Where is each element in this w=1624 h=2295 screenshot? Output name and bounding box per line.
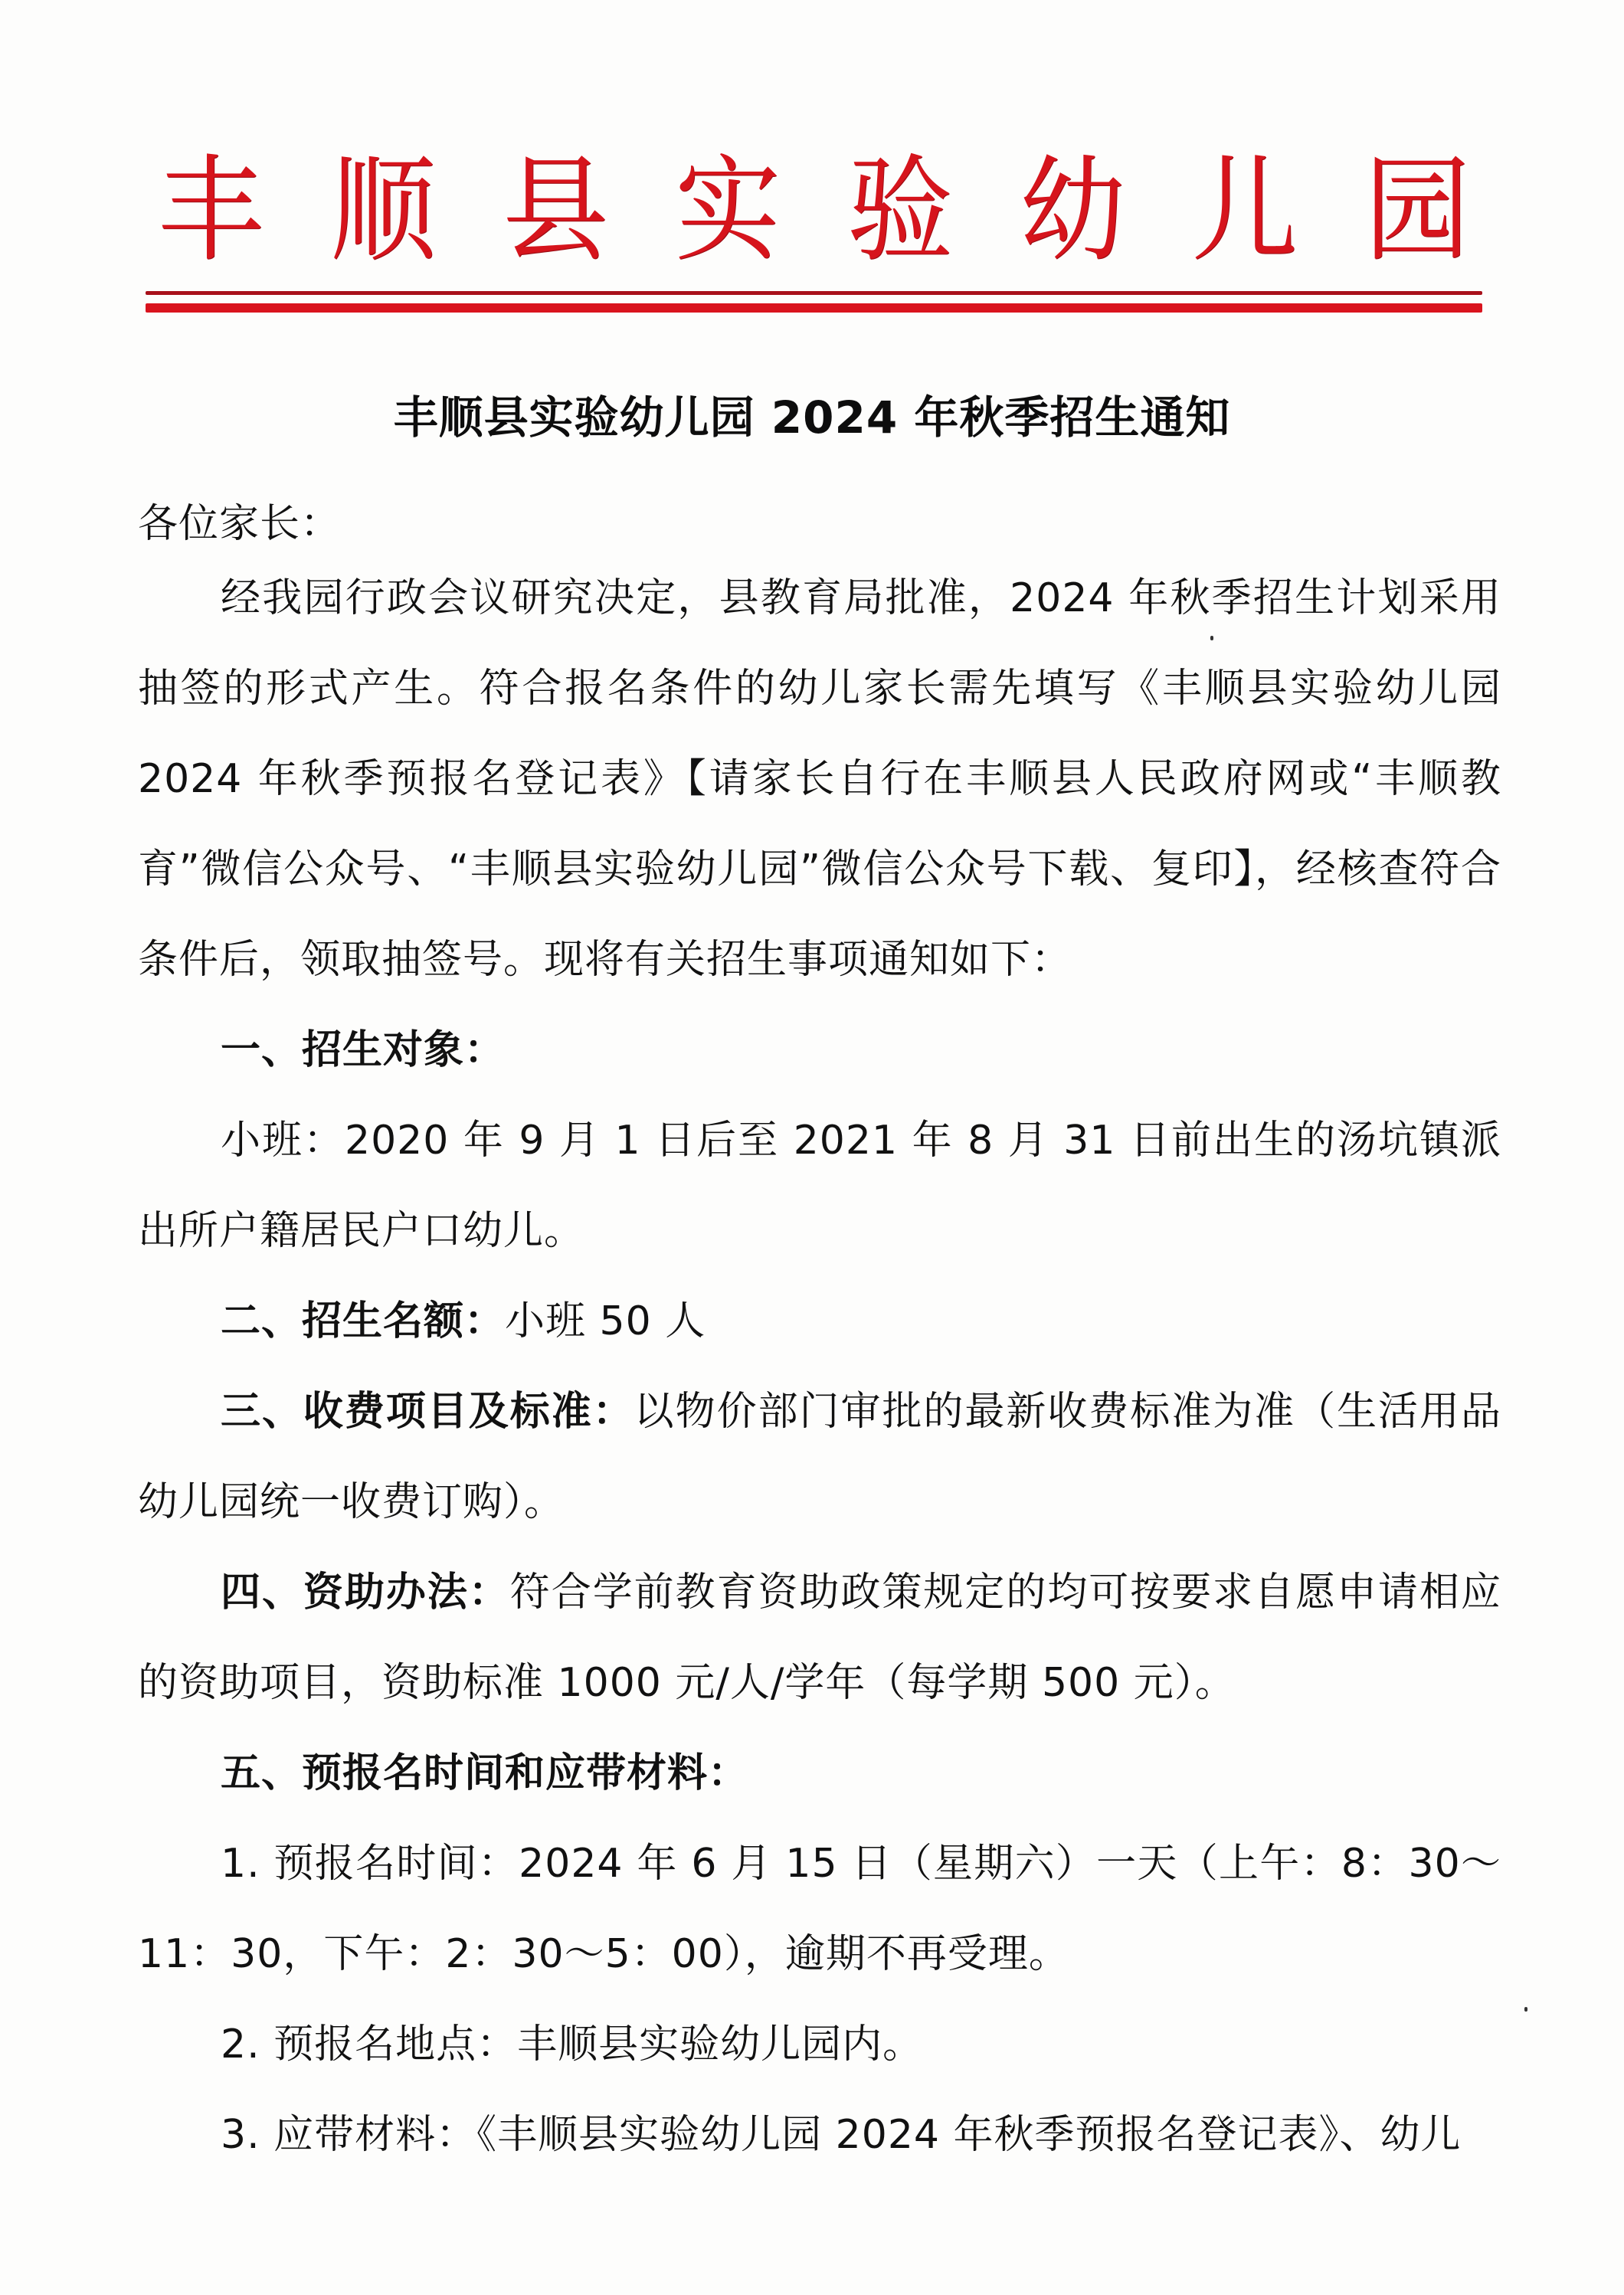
section-body: 1. 预报名时间：2024 年 6 月 15 日（星期六）一天（上午：8：30～… [138,1841,1501,1977]
section-heading: 一、招生对象： [221,1027,505,1073]
pre-registration-materials: 3. 应带材料：《丰顺县实验幼儿园 2024 年秋季预报名登记表》、幼儿 [138,2090,1501,2180]
section-heading: 三、收费项目及标准： [221,1389,634,1435]
document-body: 经我园行政会议研究决定，县教育局批准，2024 年秋季招生计划采用抽签的形式产生… [138,553,1501,2180]
scan-speck [1524,2007,1527,2012]
section-body: 小班：2020 年 9 月 1 日后至 2021 年 8 月 31 日前出生的汤… [138,1118,1501,1254]
letterhead-rule-thin [146,291,1482,295]
letterhead-char: 实 [668,146,787,276]
section-body: 2. 预报名地点：丰顺县实验幼儿园内。 [221,2022,923,2067]
letterhead-char: 园 [1357,146,1477,276]
section-enrollment-target-detail: 小班：2020 年 9 月 1 日后至 2021 年 8 月 31 日前出生的汤… [138,1095,1501,1276]
section-heading: 二、招生名额： [221,1298,505,1344]
section-pre-registration: 五、预报名时间和应带材料： [138,1728,1501,1819]
letterhead-rule-thick [146,303,1482,313]
section-fees: 三、收费项目及标准：以物价部门审批的最新收费标准为准（生活用品幼儿园统一收费订购… [138,1367,1501,1547]
letterhead-char: 丰 [151,146,270,276]
section-subsidy: 四、资助办法：符合学前教育资助政策规定的均可按要求自愿申请相应的资助项目，资助标… [138,1547,1501,1728]
section-enrollment-target: 一、招生对象： [138,1005,1501,1095]
letterhead-char: 幼 [1013,146,1132,276]
intro-paragraph: 经我园行政会议研究决定，县教育局批准，2024 年秋季招生计划采用抽签的形式产生… [138,553,1501,1005]
section-body: 3. 应带材料：《丰顺县实验幼儿园 2024 年秋季预报名登记表》、幼儿 [221,2112,1462,2158]
section-body: 小班 50 人 [505,1298,706,1344]
document-title: 丰顺县实验幼儿园 2024 年秋季招生通知 [0,387,1624,448]
letterhead-char: 县 [496,146,615,276]
pre-registration-location: 2. 预报名地点：丰顺县实验幼儿园内。 [138,1999,1501,2090]
letterhead-org-name: 丰 顺 县 实 验 幼 儿 园 [146,146,1482,276]
section-heading: 四、资助办法： [221,1570,510,1616]
letterhead-char: 顺 [323,146,443,276]
pre-registration-time: 1. 预报名时间：2024 年 6 月 15 日（星期六）一天（上午：8：30～… [138,1819,1501,1999]
letterhead-char: 儿 [1185,146,1305,276]
scan-speck [1210,636,1213,640]
section-heading: 五、预报名时间和应带材料： [221,1750,748,1796]
section-enrollment-quota: 二、招生名额：小班 50 人 [138,1276,1501,1367]
letterhead-char: 验 [840,146,960,276]
